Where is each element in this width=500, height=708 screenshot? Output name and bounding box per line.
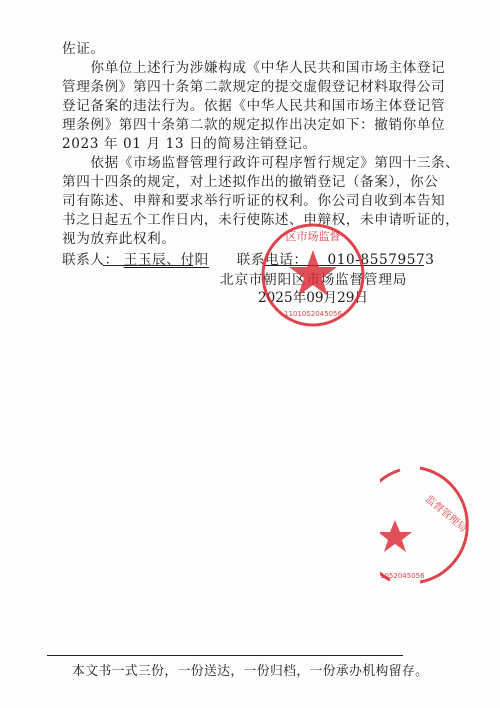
svg-text:区市场监督: 区市场监督	[286, 229, 341, 243]
paragraph-line: 书之日起五个工作日内，未行使陈述、申辩权，未申请听证的，	[62, 211, 442, 230]
paragraph-line: 管理条例》第四十条第二款规定的提交虚假登记材料取得公司	[62, 78, 442, 97]
partial-seal-icon: 监督管理局 1052045056	[380, 460, 500, 590]
paragraph-line: 依据《市场监督管理行政许可程序暂行规定》第四十三条、	[62, 154, 442, 173]
svg-text:1052045056: 1052045056	[380, 572, 425, 580]
svg-text:1101052045056: 1101052045056	[284, 310, 342, 318]
svg-text:监督管理局: 监督管理局	[423, 492, 470, 534]
paragraph-line: 登记备案的违法行为。依据《中华人民共和国市场主体登记管	[62, 97, 442, 116]
footer-divider	[47, 655, 403, 656]
paragraph-line: 你单位上述行为涉嫌构成《中华人民共和国市场主体登记	[62, 59, 442, 78]
paragraph-line: 理条例》第四十条第二款的规定拟作出决定如下：撤销你单位	[62, 116, 442, 135]
paragraph-line: 司有陈述、申辩和要求举行听证的权利。你公司自收到本告知	[62, 192, 442, 211]
underline	[103, 265, 193, 266]
paragraph-line: 佐证。	[62, 40, 442, 59]
footer-note: 本文书一式三份，一份送达，一份归档，一份承办机构留存。	[72, 660, 428, 679]
document-page: 佐证。 你单位上述行为涉嫌构成《中华人民共和国市场主体登记 管理条例》第四十条第…	[0, 0, 500, 708]
paragraph-line: 第四十四条的规定，对上述拟作出的撤销登记（备案），你公	[62, 173, 442, 192]
paragraph-line: 视为放弃此权利。	[62, 230, 442, 249]
official-seal-icon: 区市场监督 1101052045056	[258, 220, 368, 330]
paragraph-line: 2023 年 01 月 13 日的简易注销登记。	[62, 135, 442, 154]
